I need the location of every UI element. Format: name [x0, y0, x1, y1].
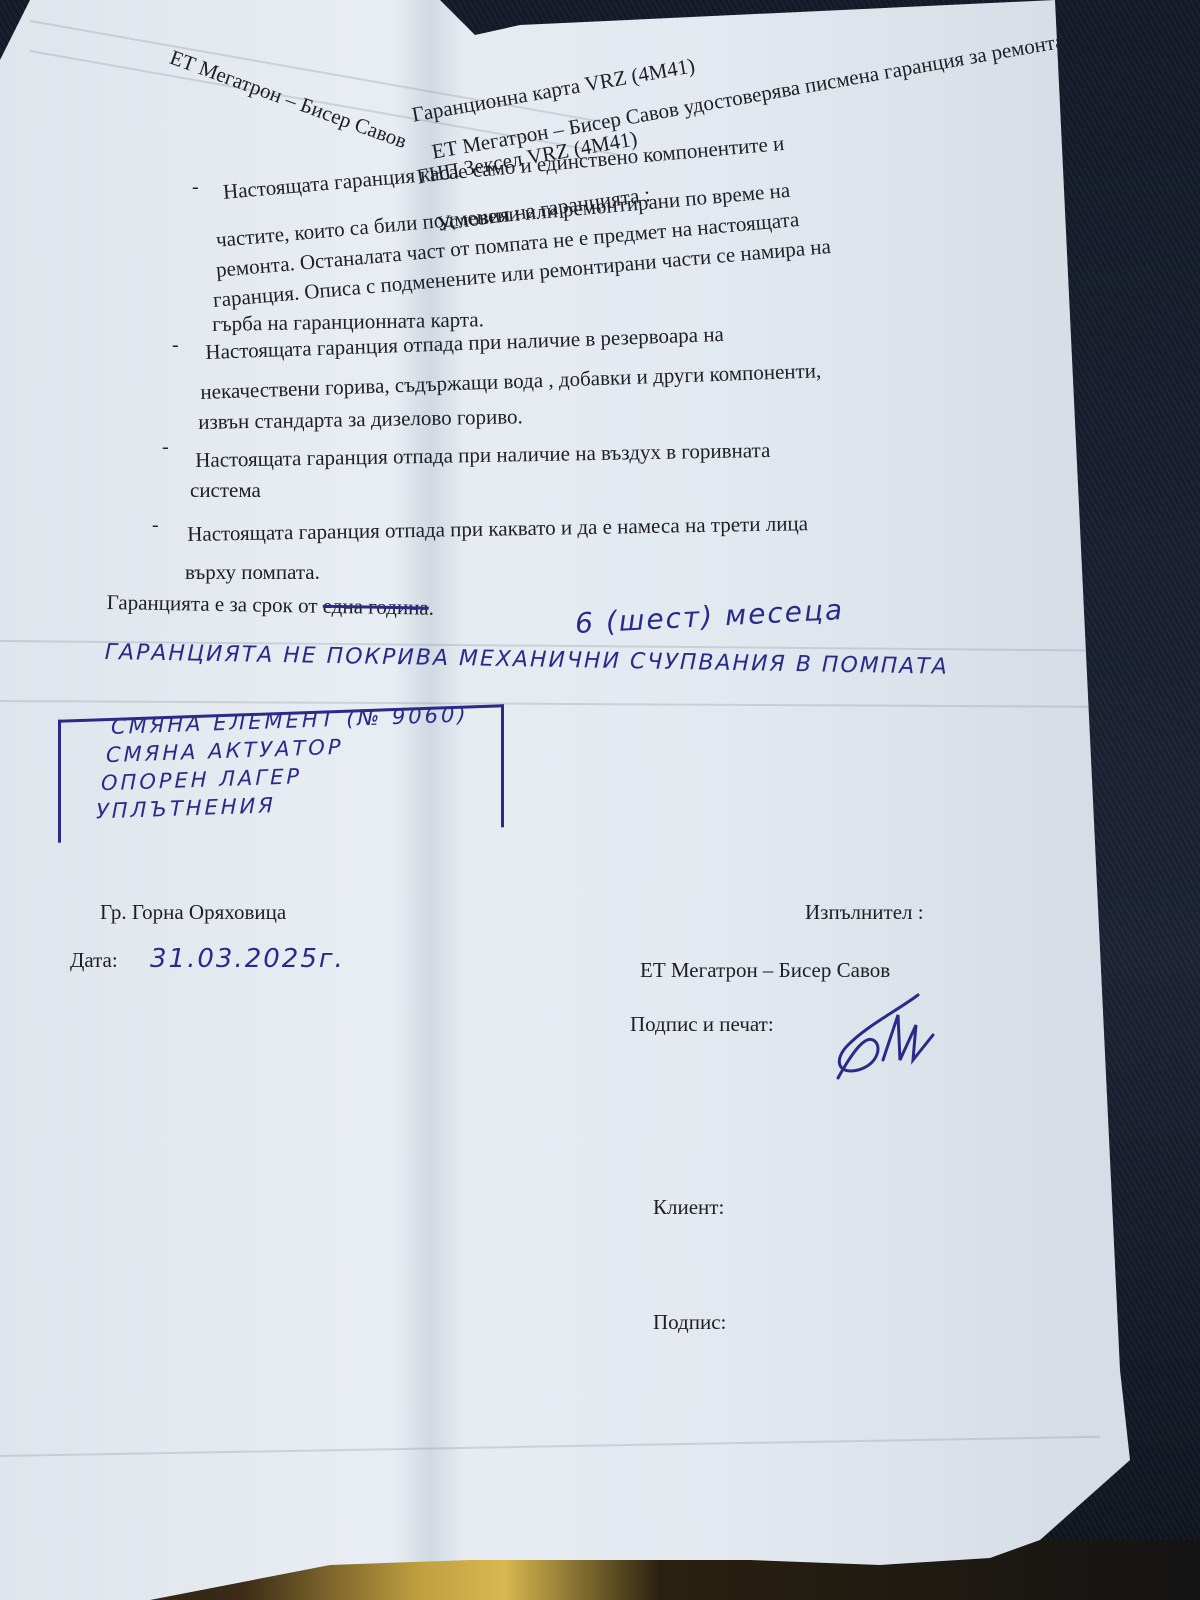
replaced-part: ОПОРЕН ЛАГЕР: [101, 764, 302, 795]
term-suffix: .: [429, 596, 435, 620]
warranty-card-paper: Гаранционна карта VRZ (4M41) ЕТ Мегатрон…: [0, 0, 1200, 1600]
bullet-dash: -: [162, 436, 169, 459]
condition-4-line-2: върху помпата.: [185, 560, 320, 585]
condition-3-line-1: Настоящата гаранция отпада при наличие н…: [195, 438, 771, 473]
replaced-parts-box: СМЯНА ЕЛЕМЕНТ (№ 9060) СМЯНА АКТУАТОР ОП…: [58, 704, 504, 843]
replaced-part: СМЯНА АКТУАТОР: [106, 735, 344, 767]
replaced-part: УПЛЪТНЕНИЯ: [96, 793, 276, 823]
executor-name: ЕТ Мегатрон – Бисер Савов: [640, 958, 890, 983]
term-struck-text: една година: [323, 594, 429, 620]
condition-2-line-2: некачествени горива, съдържащи вода , до…: [200, 358, 822, 405]
warranty-term: Гаранцията е за срок от една година.: [107, 590, 435, 621]
condition-4-line-1: Настоящата гаранция отпада при каквато и…: [187, 511, 808, 547]
paper-crease: [0, 700, 1100, 708]
date-value: 31.03.2025г.: [150, 944, 345, 974]
bullet-dash: -: [172, 334, 179, 357]
term-prefix: Гаранцията е за срок от: [107, 590, 318, 618]
signature-stamp-label: Подпис и печат:: [630, 1012, 774, 1037]
bullet-dash: -: [152, 514, 159, 537]
bullet-dash: -: [192, 176, 199, 199]
executor-signature: [828, 990, 938, 1080]
executor-label: Изпълнител :: [805, 900, 924, 925]
city: Гр. Горна Оряховица: [100, 900, 286, 925]
replaced-part: СМЯНА ЕЛЕМЕНТ (№ 9060): [111, 702, 469, 738]
condition-2-line-3: извън стандарта за дизелово гориво.: [198, 404, 523, 435]
paper-crease: [0, 1436, 1100, 1457]
date-label: Дата:: [70, 948, 118, 973]
handwritten-term: 6 (шест) месеца: [574, 593, 845, 640]
client-signature-label: Подпис:: [653, 1310, 726, 1335]
condition-3-line-2: система: [190, 478, 261, 503]
intro-line-1-left: ЕТ Мегатрон – Бисер Савов: [166, 45, 410, 154]
client-label: Клиент:: [653, 1195, 724, 1220]
